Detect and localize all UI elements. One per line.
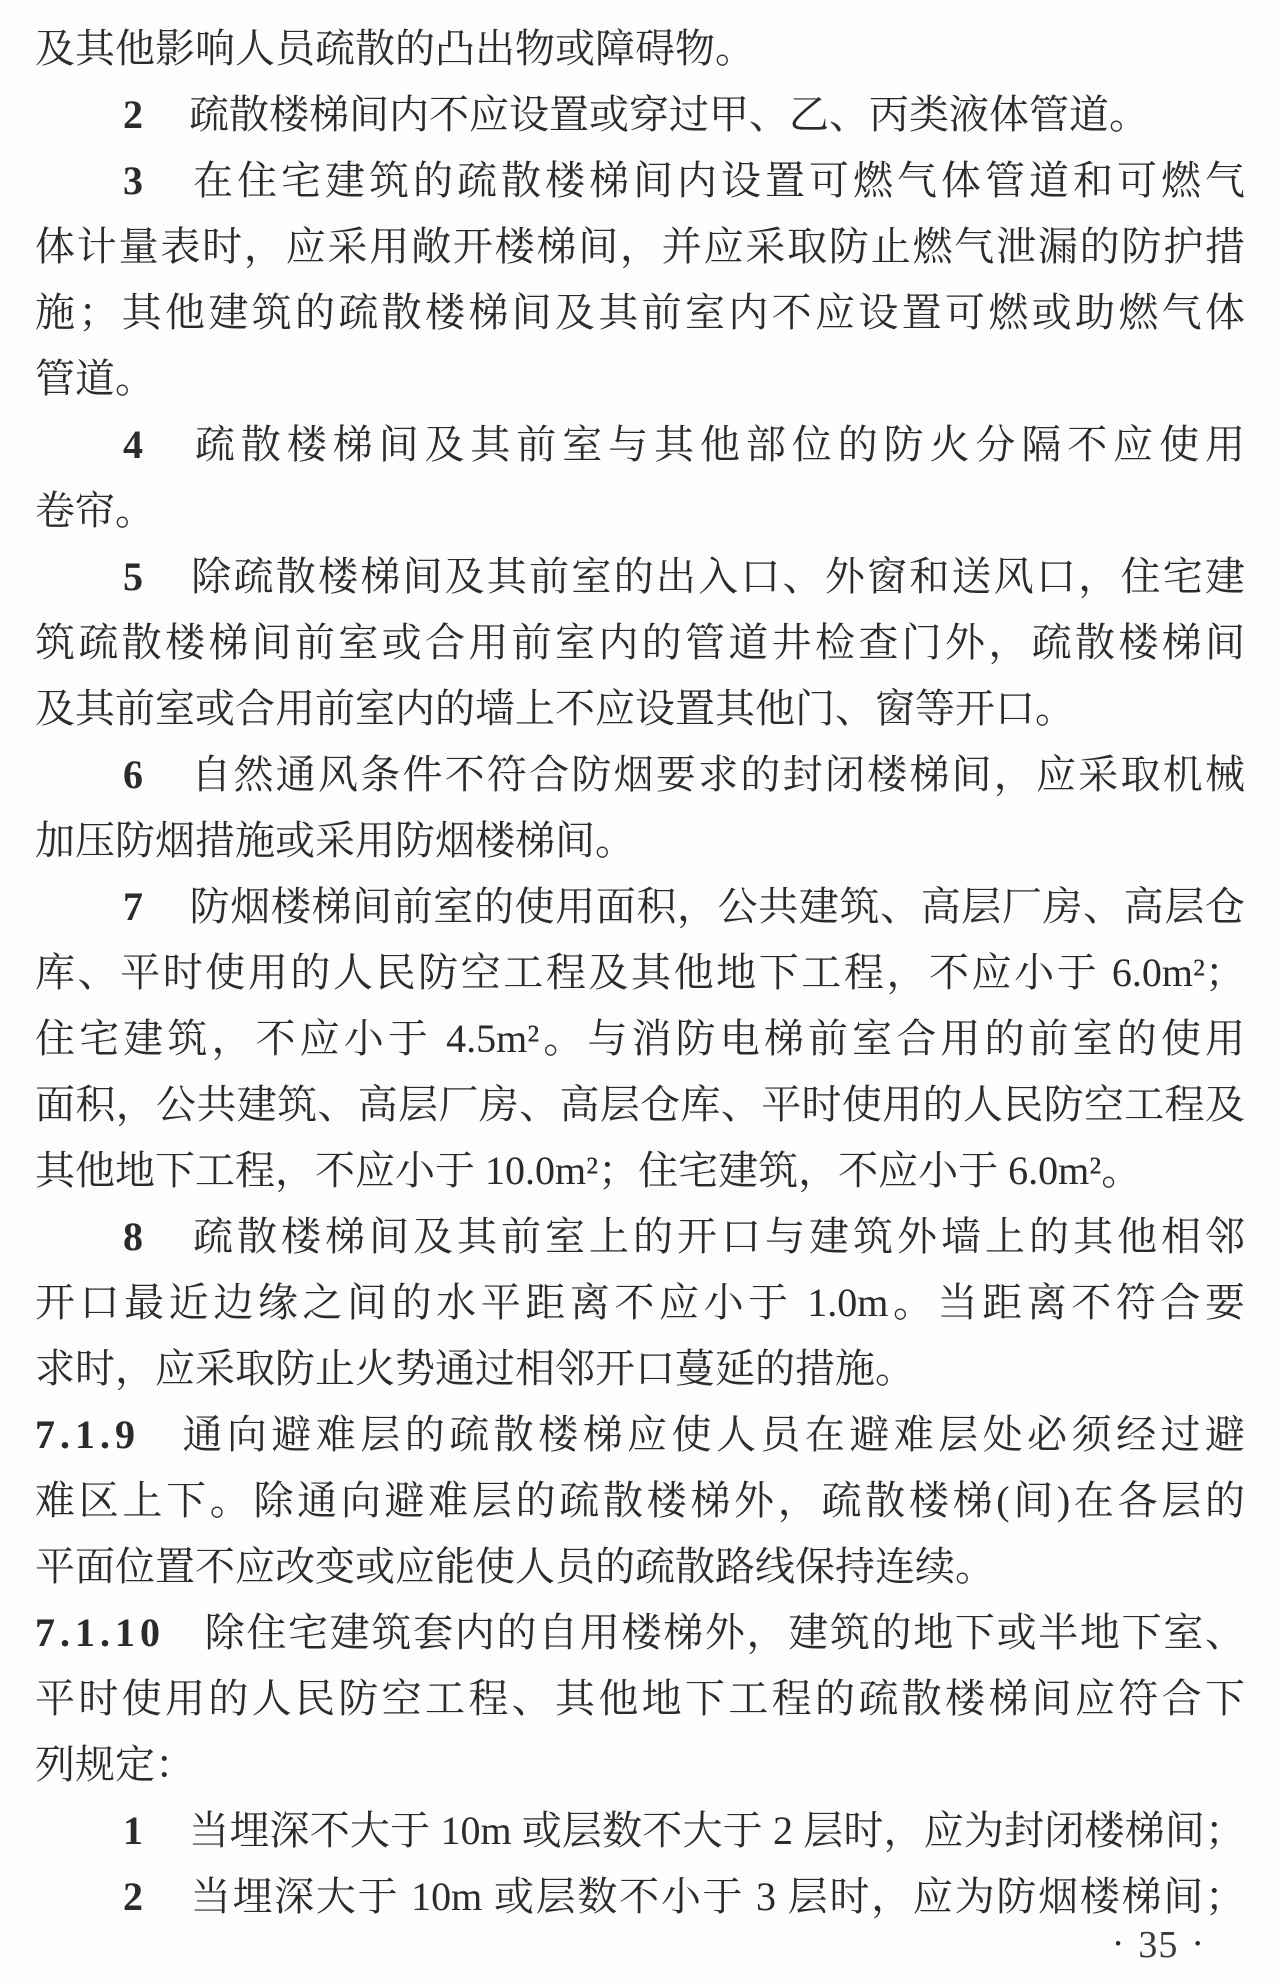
text-line: 及其他影响人员疏散的凸出物或障碍物。 [35,16,1245,82]
line-text: 卷帘。 [35,488,155,533]
line-text: 体计量表时，应采用敞开楼梯间，并应采取防止燃气泄漏的防护措 [35,224,1245,269]
clause-number: 6 [123,752,143,797]
text-line: 及其前室或合用前室内的墙上不应设置其他门、窗等开口。 [35,676,1245,742]
line-text: 疏散楼梯间及其前室与其他部位的防火分隔不应使用 [189,422,1245,467]
text-line: 求时，应采取防止火势通过相邻开口蔓延的措施。 [35,1336,1245,1402]
footer-right-dot: • [1194,1934,1202,1955]
text-line: 平时使用的人民防空工程、其他地下工程的疏散楼梯间应符合下 [35,1666,1245,1732]
line-text: 库、平时使用的人民防空工程及其他地下工程，不应小于 6.0m²； [35,950,1245,995]
line-text: 其他地下工程，不应小于 10.0m²；住宅建筑，不应小于 6.0m²。 [35,1148,1141,1193]
text-line: 7.1.10除住宅建筑套内的自用楼梯外，建筑的地下或半地下室、 [35,1600,1245,1666]
line-text: 在住宅建筑的疏散楼梯间内设置可燃气体管道和可燃气 [189,158,1245,203]
text-line: 管道。 [35,346,1245,412]
line-text: 当埋深不大于 10m 或层数不大于 2 层时，应为封闭楼梯间； [189,1808,1245,1853]
clause-number: 4 [123,422,143,467]
text-line: 面积，公共建筑、高层厂房、高层仓库、平时使用的人民防空工程及 [35,1072,1245,1138]
text-line: 2疏散楼梯间内不应设置或穿过甲、乙、丙类液体管道。 [35,82,1245,148]
line-text: 加压防烟措施或采用防烟楼梯间。 [35,818,635,863]
line-text: 面积，公共建筑、高层厂房、高层仓库、平时使用的人民防空工程及 [35,1082,1245,1127]
footer-left-dot: • [1115,1934,1123,1955]
line-text: 疏散楼梯间及其前室上的开口与建筑外墙上的其他相邻 [189,1214,1245,1259]
page-number: 35 [1138,1924,1178,1966]
line-text: 自然通风条件不符合防烟要求的封闭楼梯间，应采取机械 [189,752,1245,797]
text-line: 列规定： [35,1732,1245,1798]
clause-number: 5 [123,554,143,599]
line-text: 当埋深大于 10m 或层数不小于 3 层时，应为防烟楼梯间； [189,1874,1245,1919]
line-text: 施；其他建筑的疏散楼梯间及其前室内不应设置可燃或助燃气体 [35,290,1245,335]
clause-number: 2 [123,1874,143,1919]
line-text: 筑疏散楼梯间前室或合用前室内的管道井检查门外，疏散楼梯间 [35,620,1245,665]
text-line: 卷帘。 [35,478,1245,544]
clause-number: 8 [123,1214,143,1259]
line-text: 疏散楼梯间内不应设置或穿过甲、乙、丙类液体管道。 [189,92,1149,137]
text-line: 住宅建筑，不应小于 4.5m²。与消防电梯前室合用的前室的使用 [35,1006,1245,1072]
line-text: 开口最近边缘之间的水平距离不应小于 1.0m。当距离不符合要 [35,1280,1245,1325]
text-line: 加压防烟措施或采用防烟楼梯间。 [35,808,1245,874]
text-line: 难区上下。除通向避难层的疏散楼梯外，疏散楼梯(间)在各层的 [35,1468,1245,1534]
text-line: 开口最近边缘之间的水平距离不应小于 1.0m。当距离不符合要 [35,1270,1245,1336]
text-line: 7防烟楼梯间前室的使用面积，公共建筑、高层厂房、高层仓 [35,874,1245,940]
text-line: 5除疏散楼梯间及其前室的出入口、外窗和送风口，住宅建 [35,544,1245,610]
document-page: 及其他影响人员疏散的凸出物或障碍物。2疏散楼梯间内不应设置或穿过甲、乙、丙类液体… [0,0,1280,1981]
line-text: 及其前室或合用前室内的墙上不应设置其他门、窗等开口。 [35,686,1075,731]
line-text: 及其他影响人员疏散的凸出物或障碍物。 [35,26,755,71]
clause-number: 7.1.9 [35,1412,140,1457]
clause-number: 7.1.10 [35,1610,165,1655]
text-line: 4疏散楼梯间及其前室与其他部位的防火分隔不应使用 [35,412,1245,478]
text-line: 施；其他建筑的疏散楼梯间及其前室内不应设置可燃或助燃气体 [35,280,1245,346]
page-footer: •35• [1099,1923,1218,1967]
line-text: 住宅建筑，不应小于 4.5m²。与消防电梯前室合用的前室的使用 [35,1016,1245,1061]
line-text: 除住宅建筑套内的自用楼梯外，建筑的地下或半地下室、 [203,1610,1245,1655]
clause-number: 3 [123,158,143,203]
text-line: 其他地下工程，不应小于 10.0m²；住宅建筑，不应小于 6.0m²。 [35,1138,1245,1204]
text-line: 1当埋深不大于 10m 或层数不大于 2 层时，应为封闭楼梯间； [35,1798,1245,1864]
text-line: 3在住宅建筑的疏散楼梯间内设置可燃气体管道和可燃气 [35,148,1245,214]
text-line: 体计量表时，应采用敞开楼梯间，并应采取防止燃气泄漏的防护措 [35,214,1245,280]
text-line: 7.1.9通向避难层的疏散楼梯应使人员在避难层处必须经过避 [35,1402,1245,1468]
text-line: 8疏散楼梯间及其前室上的开口与建筑外墙上的其他相邻 [35,1204,1245,1270]
clause-number: 1 [123,1808,143,1853]
line-text: 列规定： [35,1742,195,1787]
text-line: 库、平时使用的人民防空工程及其他地下工程，不应小于 6.0m²； [35,940,1245,1006]
line-text: 除疏散楼梯间及其前室的出入口、外窗和送风口，住宅建 [189,554,1245,599]
clause-number: 7 [123,884,143,929]
text-line: 平面位置不应改变或应能使人员的疏散路线保持连续。 [35,1534,1245,1600]
line-text: 平时使用的人民防空工程、其他地下工程的疏散楼梯间应符合下 [35,1676,1245,1721]
line-text: 难区上下。除通向避难层的疏散楼梯外，疏散楼梯(间)在各层的 [35,1478,1245,1523]
clause-number: 2 [123,92,143,137]
line-text: 通向避难层的疏散楼梯应使人员在避难层处必须经过避 [178,1412,1245,1457]
text-line: 2当埋深大于 10m 或层数不小于 3 层时，应为防烟楼梯间； [35,1864,1245,1930]
line-text: 平面位置不应改变或应能使人员的疏散路线保持连续。 [35,1544,995,1589]
document-lines: 及其他影响人员疏散的凸出物或障碍物。2疏散楼梯间内不应设置或穿过甲、乙、丙类液体… [35,16,1245,1930]
text-line: 筑疏散楼梯间前室或合用前室内的管道井检查门外，疏散楼梯间 [35,610,1245,676]
line-text: 求时，应采取防止火势通过相邻开口蔓延的措施。 [35,1346,915,1391]
text-line: 6自然通风条件不符合防烟要求的封闭楼梯间，应采取机械 [35,742,1245,808]
line-text: 防烟楼梯间前室的使用面积，公共建筑、高层厂房、高层仓 [189,884,1245,929]
line-text: 管道。 [35,356,155,401]
